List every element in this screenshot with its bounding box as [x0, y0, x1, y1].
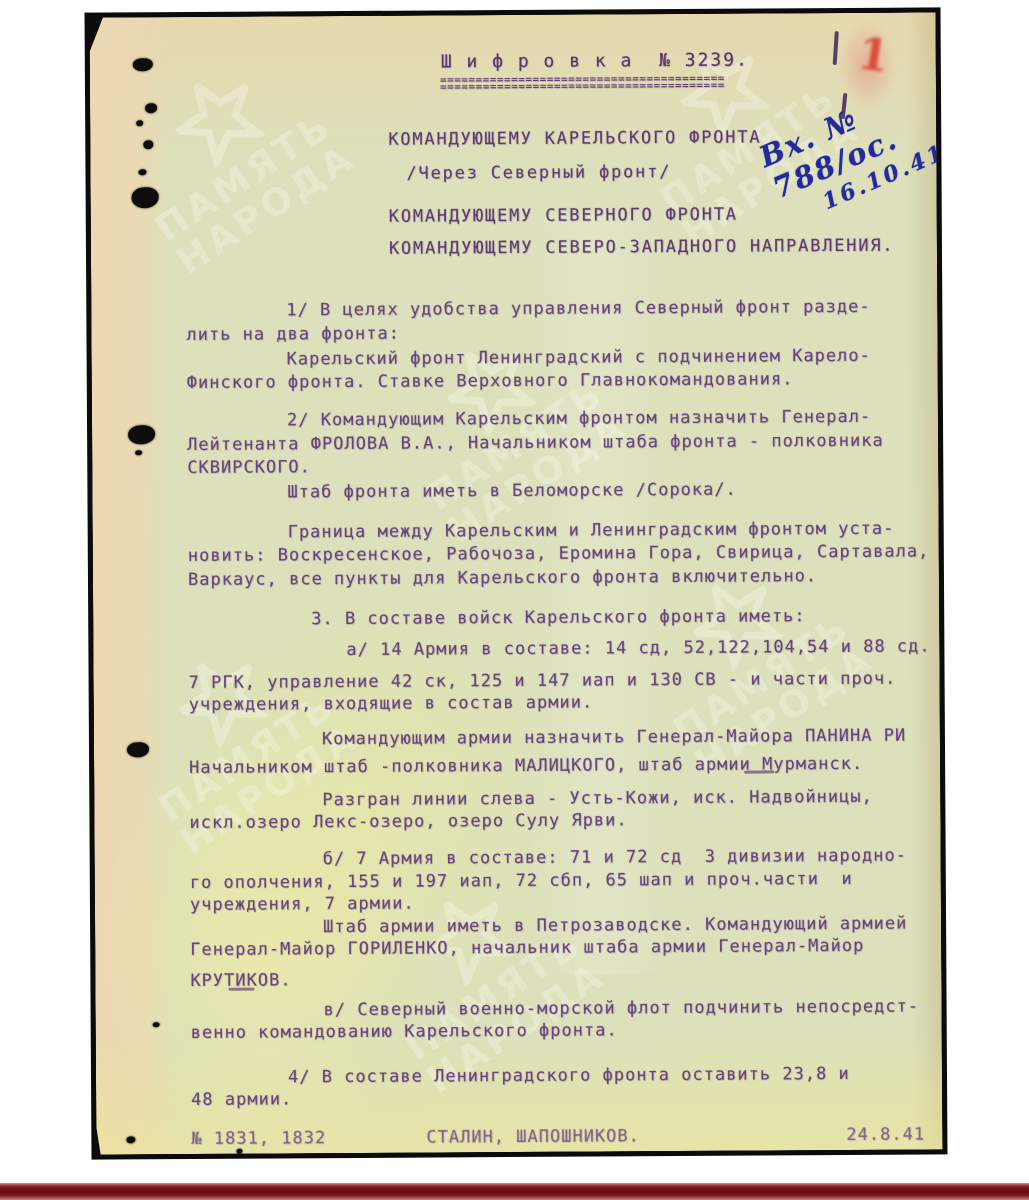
document-line: 48 армии.	[191, 1089, 292, 1110]
document-line: учреждения, 7 армии.	[190, 894, 415, 915]
ink-underline	[228, 988, 254, 991]
footer-signatures: СТАЛИН, ШАПОШНИКОВ.	[426, 1126, 640, 1147]
document-scan: ПАМЯТЬНАРОДАПАМЯТЬНАРОДАПАМЯТЬНАРОДАПАМЯ…	[85, 7, 948, 1159]
ink-blot	[145, 103, 157, 113]
document-line: Начальником штаб -полковника МАЛИЦКОГО, …	[189, 754, 863, 778]
document-line: Финского фронта. Ставке Верховного Главн…	[187, 369, 794, 393]
document-line: Разгран линии слева - Усть-Кожи, иск. На…	[322, 787, 873, 810]
ink-blot	[132, 187, 159, 208]
document-line: новить: Воскресенское, Рабочоза, Еромина…	[188, 541, 930, 566]
document-line: в/ Северный военно-морской флот подчинит…	[324, 997, 920, 1021]
addressee-line: КОМАНДУЮЩЕМУ СЕВЕРНОГО ФРОНТА	[389, 205, 738, 227]
addressee-line: КОМАНДУЮЩЕМУ КАРЕЛЬСКОГО ФРОНТА	[388, 127, 761, 149]
document-line: венно командованию Карельского фронта.	[191, 1020, 618, 1043]
document-line: Граница между Карельским и Ленинградским…	[288, 519, 895, 543]
ink-blot	[128, 425, 155, 444]
document-line: 3. В составе войск Карельского фронта им…	[311, 606, 805, 629]
body-lines: 1/ В целях удобства управления Северный …	[90, 12, 936, 17]
document-line: лить на два фронта:	[186, 324, 400, 345]
document-line: б/ 7 Армия в составе: 71 и 72 сд 3 дивиз…	[323, 846, 907, 870]
paper-edge-tint	[906, 12, 943, 1149]
watermark-layer: ПАМЯТЬНАРОДАПАМЯТЬНАРОДАПАМЯТЬНАРОДАПАМЯ…	[90, 12, 936, 17]
document-line: 7 РГК, управление 42 ск, 125 и 147 иап и…	[189, 669, 897, 693]
document-line: а/ 14 Армия в составе: 14 сд, 52,122,104…	[346, 636, 930, 660]
watermark-text: ПАМЯТЬ	[149, 104, 341, 249]
ink-blot	[136, 120, 143, 126]
ink-blot	[133, 58, 153, 71]
document-line: Генерал-Майор ГОРИЛЕНКО, начальник штаба…	[190, 936, 864, 960]
document-line: СКВИРСКОГО.	[187, 457, 311, 478]
document-line: учреждения, входящие в состав армии.	[189, 693, 594, 715]
addressee-line: КОМАНДУЮЩЕМУ СЕВЕРО-ЗАПАДНОГО НАПРАВЛЕНИ…	[389, 236, 895, 259]
document-line: 2/ Командующим Карельским фронтом назнач…	[287, 407, 871, 431]
ink-blot	[143, 140, 153, 149]
document-line: Командующим армии назначить Генерал-Майо…	[322, 726, 906, 750]
document-line: 4/ В составе Ленинградского фронта остав…	[288, 1064, 850, 1087]
addressee-line: /Через Северный фронт/	[406, 162, 671, 184]
ink-underline	[744, 770, 774, 773]
ink-blot	[126, 1136, 135, 1143]
title-underline: ========================================	[440, 79, 725, 94]
paper-edge-tint	[90, 17, 177, 1154]
footer-date: 24.8.41	[846, 1125, 925, 1145]
document-title: Ш и ф р о в к а № 3239.	[441, 50, 749, 73]
paper: ПАМЯТЬНАРОДАПАМЯТЬНАРОДАПАМЯТЬНАРОДАПАМЯ…	[90, 12, 943, 1154]
ink-blot	[138, 169, 146, 175]
ink-blot	[127, 742, 149, 757]
ink-blot	[153, 1022, 160, 1027]
document-line: Штаб армии иметь в Петрозаводске. Команд…	[323, 914, 907, 938]
viewer-bottom-bar	[0, 1183, 1029, 1200]
document-line: Штаб фронта иметь в Беломорске /Сорока/.	[287, 480, 737, 503]
document-line: Лейтенанта ФРОЛОВА В.А., Начальником шта…	[187, 431, 884, 455]
document-line: Карельский фронт Ленинградский с подчине…	[287, 346, 871, 370]
document-line: искл.озеро Лекс-озеро, озеро Сулу Ярви.	[189, 810, 627, 833]
star-icon	[161, 34, 319, 178]
blot-layer	[90, 12, 936, 17]
document-line: Варкаус, все пункты для Карельского фрон…	[188, 566, 817, 590]
document-line: 1/ В целях удобства управления Северный …	[286, 297, 870, 321]
ink-blot	[135, 450, 142, 455]
watermark-text: НАРОДА	[170, 137, 362, 282]
document-line: го ополчения, 155 и 197 иап, 72 сбп, 65 …	[190, 869, 853, 893]
footer-numbers: № 1831, 1832	[191, 1128, 326, 1149]
ink-blot	[236, 1149, 242, 1154]
